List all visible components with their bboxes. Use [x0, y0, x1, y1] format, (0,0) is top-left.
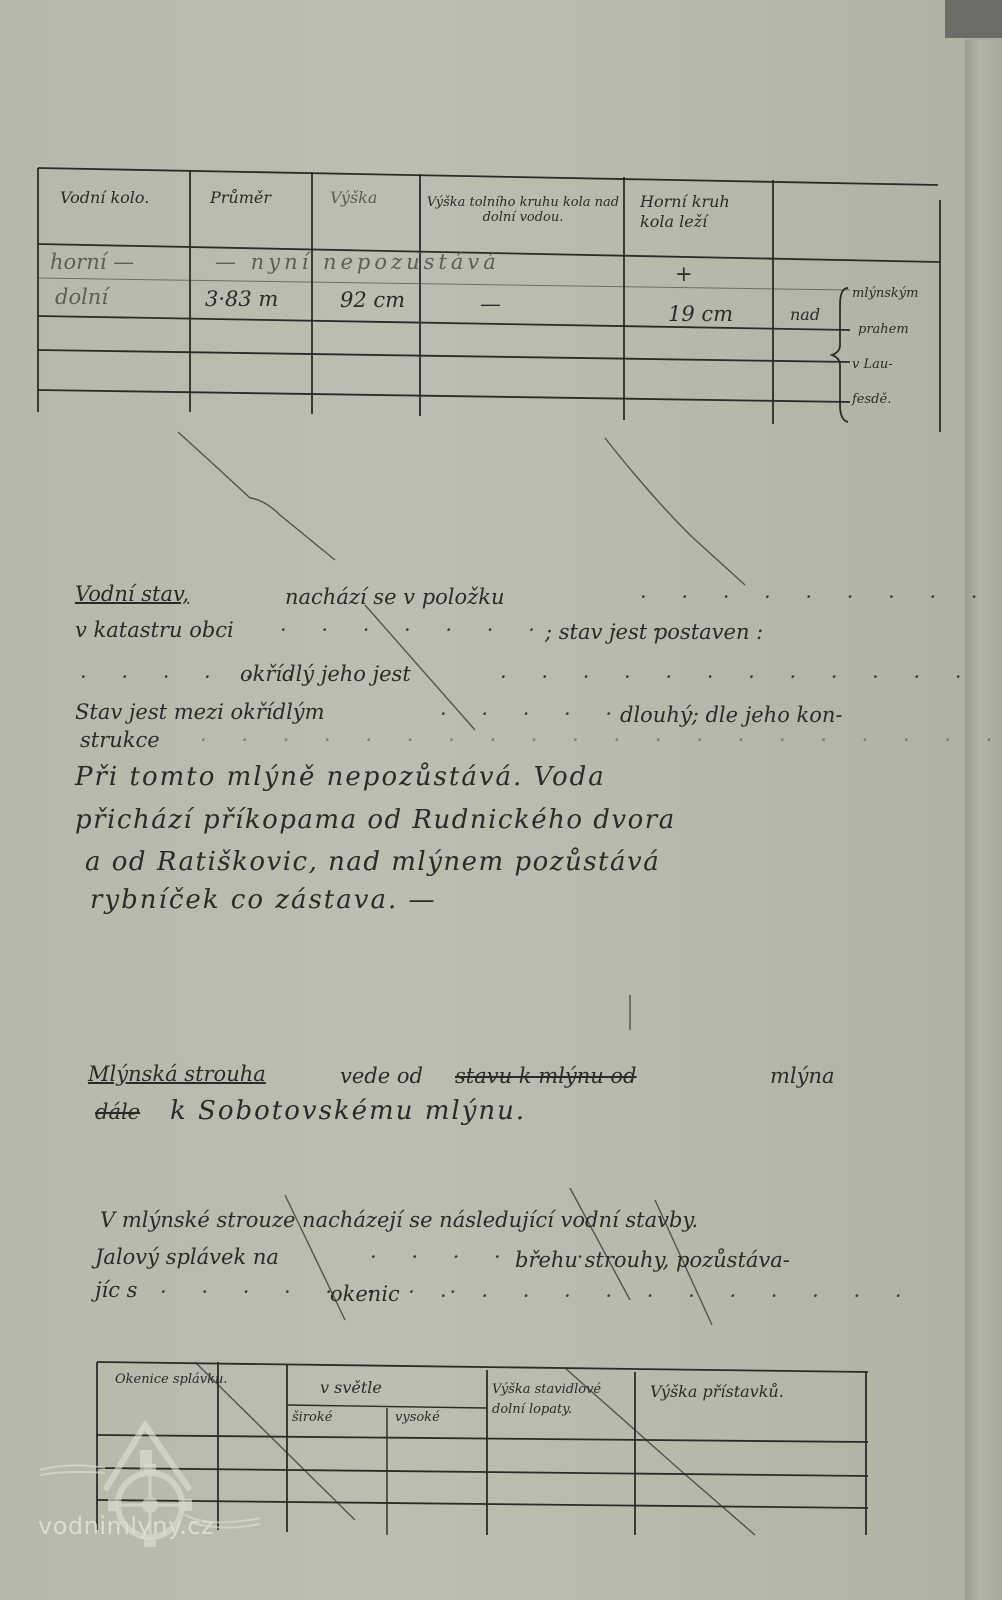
row-lower-height-over-water: — — [480, 292, 501, 316]
mill-race-heading: Mlýnská strouha — [88, 1062, 266, 1086]
mill-race-line1-text: vede od — [340, 1064, 423, 1088]
header-water-wheel: Vodní kolo. — [60, 188, 149, 207]
water-dam-note-3: a od Ratiškovic, nad mlýnem pozůstává — [85, 847, 660, 877]
brace-line-3: v Lau- — [852, 357, 893, 372]
header-sluice-height: Výška stavidlové dolní lopaty. — [492, 1380, 632, 1419]
row-upper-wheel: horní — — [50, 250, 134, 274]
water-dam-heading: Vodní stav, — [75, 582, 189, 606]
brace-line-2: prahem — [858, 322, 909, 337]
mill-race-line1-struck: stavu k mlýnu od — [455, 1064, 637, 1088]
mill-race-line2-struck: dále — [95, 1100, 140, 1124]
water-dam-note-1: Při tomto mlýně nepozůstává. Voda — [75, 762, 606, 792]
row-lower-height: 92 cm — [340, 288, 405, 312]
watermark-text: vodnimlyny.cz — [38, 1512, 214, 1540]
water-dam-note-4: rybníček co zástava. — — [90, 885, 436, 915]
header-diameter: Průměr — [210, 188, 271, 207]
structures-line3-right: okenic — [330, 1282, 400, 1306]
page-edge — [965, 40, 1002, 1600]
dotted-fill: · · · · · · · · · · · · · · · · · · · · … — [200, 728, 1002, 752]
header-attachment-height: Výška přístavků. — [650, 1382, 784, 1401]
mill-race-line2-text: k Sobotovskému mlýnu. — [170, 1096, 526, 1126]
water-dam-line3: okřídlý jeho jest — [240, 662, 411, 686]
water-dam-line4-right: dlouhý; dle jeho kon- — [620, 703, 843, 727]
dotted-fill: · · · · · · · · — [160, 1280, 470, 1304]
row-lower-top-value: 19 cm — [668, 302, 733, 326]
row-upper-note: — nyní nepozustává — [215, 250, 500, 274]
structures-line2-left: Jalový splávek na — [95, 1245, 279, 1269]
header-height: vysoké — [395, 1410, 440, 1425]
water-dam-line2-right: ; stav jest postaven : — [545, 620, 763, 644]
water-dam-line1: nachází se v položku — [285, 585, 505, 609]
row-lower-relation: nad — [790, 305, 820, 324]
mill-race-line1-end: mlýna — [770, 1064, 835, 1088]
water-dam-line4-left: Stav jest mezi okřídlým — [75, 700, 325, 724]
structures-line1: V mlýnské strouze nacházejí se následují… — [100, 1208, 698, 1232]
background-shadow — [945, 0, 1002, 38]
dotted-fill: · · · · · · · · · · · · — [440, 1284, 916, 1308]
dotted-fill: · · · · · · · · · — [640, 585, 991, 609]
mill-wheel-house-icon — [30, 1380, 260, 1580]
structures-line3-left: jíc s — [95, 1278, 137, 1302]
water-dam-line2-left: v katastru obci — [75, 618, 234, 642]
brace-line-4: fesdě. — [852, 392, 891, 407]
water-dam-note-2: přichází příkopama od Rudnického dvora — [75, 805, 676, 835]
header-top-rim: Horní kruh kola leží — [640, 192, 765, 232]
header-height: Výška — [330, 188, 377, 207]
row-lower-wheel: dolní — [55, 285, 108, 309]
header-width: široké — [292, 1410, 332, 1425]
header-height-over-water: Výška tolního kruhu kola nad dolní vodou… — [425, 196, 621, 226]
brace-line-1: mlýnským — [852, 286, 918, 301]
document-page — [0, 0, 965, 1600]
row-lower-top-marker: + — [675, 262, 693, 286]
row-lower-diameter: 3·83 m — [205, 287, 278, 311]
dotted-fill: · · · · · · · · · · · · — [500, 665, 976, 689]
structures-line2-right: břehu strouhy, pozůstáva- — [515, 1248, 790, 1272]
header-clear-width: v světle — [320, 1378, 382, 1397]
water-dam-line5: strukce — [80, 728, 160, 752]
